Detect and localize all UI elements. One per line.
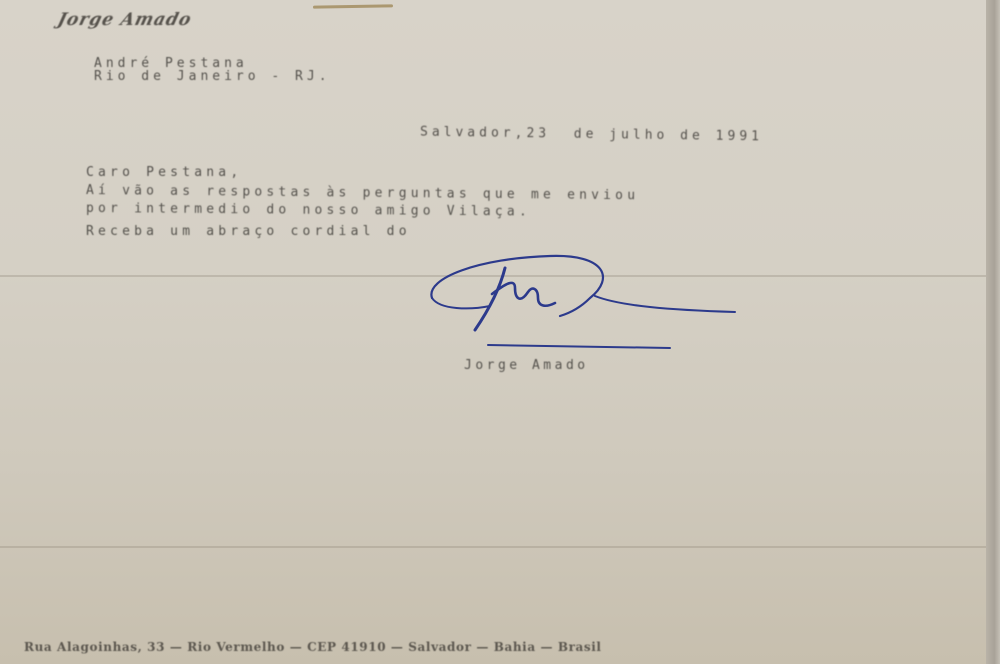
paper-stain — [313, 4, 393, 8]
page-edge-shadow — [986, 0, 1000, 664]
dateline: Salvador,23 de julho de 1991 — [420, 125, 763, 145]
body-line: Receba um abraço cordial do — [86, 224, 411, 239]
footer-address: Rua Alagoinhas, 33 — Rio Vermelho — CEP … — [24, 640, 602, 654]
paper-fold-line — [0, 546, 988, 548]
signatory-name: Jorge Amado — [464, 358, 589, 373]
salutation: Caro Pestana, — [86, 165, 242, 180]
recipient-city: Rio de Janeiro - RJ. — [94, 69, 331, 84]
body-line: por intermedio do nosso amigo Vilaça. — [86, 201, 531, 219]
body-line: Aí vão as respostas às perguntas que me … — [86, 183, 639, 203]
letterhead-signature: Jorge Amado — [56, 10, 194, 30]
letter-paper: Jorge Amado André Pestana Rio de Janeiro… — [0, 0, 988, 664]
handwritten-signature — [420, 248, 750, 358]
